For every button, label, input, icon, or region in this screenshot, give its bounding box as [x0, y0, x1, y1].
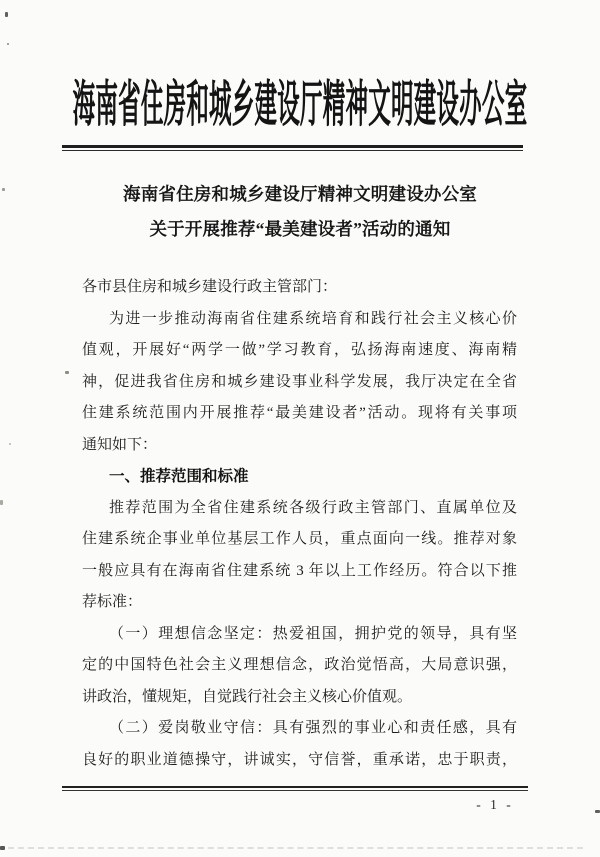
body-line: 一般应具有在海南省住建系统 3 年以上工作经历。符合以下推 — [82, 556, 517, 588]
scan-speck — [7, 43, 9, 45]
scan-speck — [0, 846, 5, 850]
page-number: - 1 - — [450, 797, 540, 813]
body-line: 住建系统范围内开展推荐“最美建设者”活动。现将有关事项 — [82, 398, 517, 430]
body-line: 值观，开展好“两学一做”学习教育，弘扬海南速度、海南精 — [82, 335, 517, 367]
scanned-document-page: 海南省住房和城乡建设厅精神文明建设办公室 海南省住房和城乡建设厅精神文明建设办公… — [0, 0, 600, 857]
body-line: （二）爱岗敬业守信：具有强烈的事业心和责任感，具有 — [82, 713, 517, 745]
scan-speck — [595, 810, 600, 813]
body-line: 住建系统企事业单位基层工作人员，重点面向一线。推荐对象 — [82, 524, 517, 556]
section-heading: 一、推荐范围和标准 — [82, 461, 517, 493]
letterhead-banner-text: 海南省住房和城乡建设厅精神文明建设办公室 — [73, 80, 528, 129]
body-line: 神，促进我省住房和城乡建设事业科学发展，我厅决定在全省 — [82, 367, 517, 399]
scan-speck — [5, 12, 8, 17]
document-body: 各市县住房和城乡建设行政主管部门： 为进一步推动海南省住建系统培育和践行社会主义… — [82, 272, 517, 776]
body-line: 良好的职业道德操守，讲诚实，守信誉，重承诺，忠于职责， — [82, 745, 517, 777]
document-title-line-2: 关于开展推荐“最美建设者”活动的通知 — [0, 212, 600, 247]
body-line: 讲政治，懂规矩，自觉践行社会主义核心价值观。 — [82, 682, 517, 714]
scan-noise-line — [8, 847, 583, 849]
body-line: 推荐范围为全省住建系统各级行政主管部门、直属单位及 — [82, 493, 517, 525]
scan-speck — [2, 188, 5, 191]
scan-speck — [0, 500, 3, 505]
body-line: （一）理想信念坚定：热爱祖国，拥护党的领导，具有坚 — [82, 619, 517, 651]
letterhead-divider-rule — [62, 145, 523, 151]
body-line: 通知如下： — [82, 430, 517, 462]
footer-divider-rule — [62, 786, 528, 791]
letterhead-banner: 海南省住房和城乡建设厅精神文明建设办公室 — [0, 80, 600, 104]
scan-speck — [65, 371, 69, 374]
scan-speck — [9, 443, 11, 445]
body-line-salutation: 各市县住房和城乡建设行政主管部门： — [82, 272, 517, 304]
body-line: 为进一步推动海南省住建系统培育和践行社会主义核心价 — [82, 304, 517, 336]
body-line: 定的中国特色社会主义理想信念，政治觉悟高，大局意识强， — [82, 650, 517, 682]
body-line: 荐标准： — [82, 587, 517, 619]
document-title: 海南省住房和城乡建设厅精神文明建设办公室 关于开展推荐“最美建设者”活动的通知 — [0, 177, 600, 247]
document-title-line-1: 海南省住房和城乡建设厅精神文明建设办公室 — [0, 177, 600, 212]
